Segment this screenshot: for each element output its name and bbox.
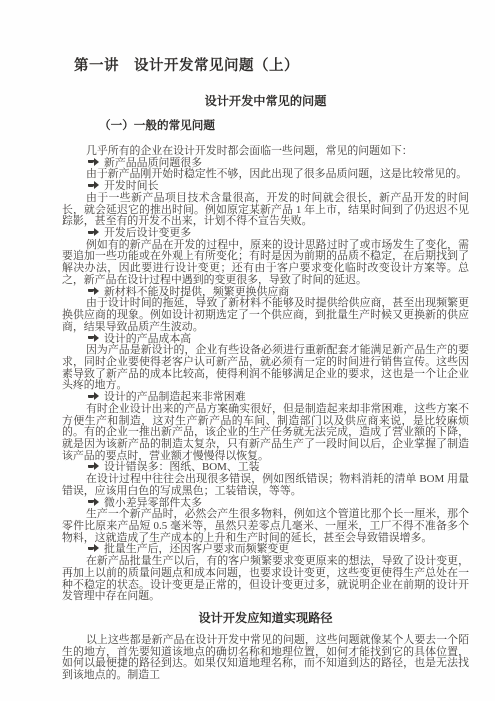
issue-item: 设计的产品制造起来非常困难 有时企业设计出来的产品方案确实很好，但是制造起来却非… xyxy=(62,392,469,462)
issue-item: 新产品品质问题很多 由于新产品刚开始时稳定性不够，因此出现了很多品质问题，这是比… xyxy=(62,158,469,181)
arrow-bullet-icon xyxy=(88,158,99,166)
arrow-bullet-icon xyxy=(88,498,99,506)
arrow-bullet-icon xyxy=(88,462,99,470)
arrow-bullet-icon xyxy=(88,544,99,552)
issue-paragraph: 由于设计时间的拖延，导致了新材料不能够及时提供给供应商，甚至出现频繁更换供应商的… xyxy=(62,298,469,333)
arrow-bullet-icon xyxy=(88,334,99,342)
issue-paragraph: 例如有的新产品在开发的过程中，原来的设计思路过时了或市场发生了变化，需要追加一些… xyxy=(62,240,469,287)
issue-label: 新材料不能及时提供，频繁更换供应商 xyxy=(104,286,289,298)
issue-item: 开发后设计变更多 例如有的新产品在开发的过程中，原来的设计思路过时了或市场发生了… xyxy=(62,228,469,287)
issue-item: 新材料不能及时提供，频繁更换供应商 由于设计时间的拖延，导致了新材料不能够及时提… xyxy=(62,287,469,334)
arrow-bullet-icon xyxy=(88,181,99,189)
closing-paragraph: 以上这些都是新产品在设计开发中常见的问题，这些问题就像某个人要去一个陌生的地方，… xyxy=(62,635,469,682)
issue-label: 新产品品质问题很多 xyxy=(104,157,202,169)
issue-item: 微小差异零部件太多 生产一个新产品时，必然会产生很多物料，例如这个管道比那个长一… xyxy=(62,498,469,545)
document-page: 第一讲 设计开发常见问题（上） 设计开发中常见的问题 （一）一般的常见问题 几乎… xyxy=(0,0,495,701)
issue-label: 开发时间长 xyxy=(104,180,158,192)
issue-label: 设计的产品成本高 xyxy=(104,333,191,345)
arrow-bullet-icon xyxy=(88,228,99,236)
issue-label: 微小差异零部件太多 xyxy=(104,497,202,509)
issue-item: 设计错误多：图纸、BOM、工装 在设计过程中往往会出现很多错误，例如图纸错误；物… xyxy=(62,462,469,497)
issue-paragraph: 在新产品批量生产以后，有的客户频繁要求变更原来的想法，导致了设计变更，再加上以前… xyxy=(62,556,469,603)
document-content: 第一讲 设计开发常见问题（上） 设计开发中常见的问题 （一）一般的常见问题 几乎… xyxy=(62,58,469,682)
issue-paragraph: 因为产品是新设计的，企业有些设备必须进行重新配套才能满足新产品生产的要求，同时企… xyxy=(62,345,469,392)
issue-paragraph: 有时企业设计出来的产品方案确实很好，但是制造起来却非常困难，这些方案不方便生产和… xyxy=(62,404,469,463)
issue-paragraph: 在设计过程中往往会出现很多错误，例如图纸错误；物料消耗的清单 BOM 用量错误，… xyxy=(62,474,469,497)
issue-label: 开发后设计变更多 xyxy=(104,227,191,239)
issue-paragraph: 生产一个新产品时，必然会产生很多物料，例如这个管道比那个长一厘米，那个零件比原来… xyxy=(62,509,469,544)
issue-label: 设计的产品制造起来非常困难 xyxy=(104,391,246,403)
issue-label: 批量生产后，还因客户要求而频繁变更 xyxy=(104,543,289,555)
issue-label: 设计错误多：图纸、BOM、工装 xyxy=(104,461,260,473)
subsection-heading: （一）一般的常见问题 xyxy=(99,119,469,133)
issue-list: 几乎所有的企业在设计开发时都会面临一些问题，常见的问题如下： 新产品品质问题很多… xyxy=(62,146,469,603)
issue-paragraph: 由于一些新产品项目技术含量很高，开发的时间就会很长，新产品开发的时间长，就会延迟… xyxy=(62,193,469,228)
arrow-bullet-icon xyxy=(88,287,99,295)
closing-block: 以上这些都是新产品在设计开发中常见的问题，这些问题就像某个人要去一个陌生的地方，… xyxy=(62,635,469,682)
section2-heading: 设计开发应知道实现路径 xyxy=(62,611,469,625)
doc-title: 第一讲 设计开发常见问题（上） xyxy=(74,58,469,75)
issue-label-row: 开发后设计变更多 xyxy=(62,228,469,240)
main-heading: 设计开发中常见的问题 xyxy=(62,94,469,108)
issue-item: 批量生产后，还因客户要求而频繁变更 在新产品批量生产以后，有的客户频繁要求变更原… xyxy=(62,544,469,603)
issue-item: 设计的产品成本高 因为产品是新设计的，企业有些设备必须进行重新配套才能满足新产品… xyxy=(62,334,469,393)
issue-item: 开发时间长 由于一些新产品项目技术含量很高，开发的时间就会很长，新产品开发的时间… xyxy=(62,181,469,228)
arrow-bullet-icon xyxy=(88,392,99,400)
